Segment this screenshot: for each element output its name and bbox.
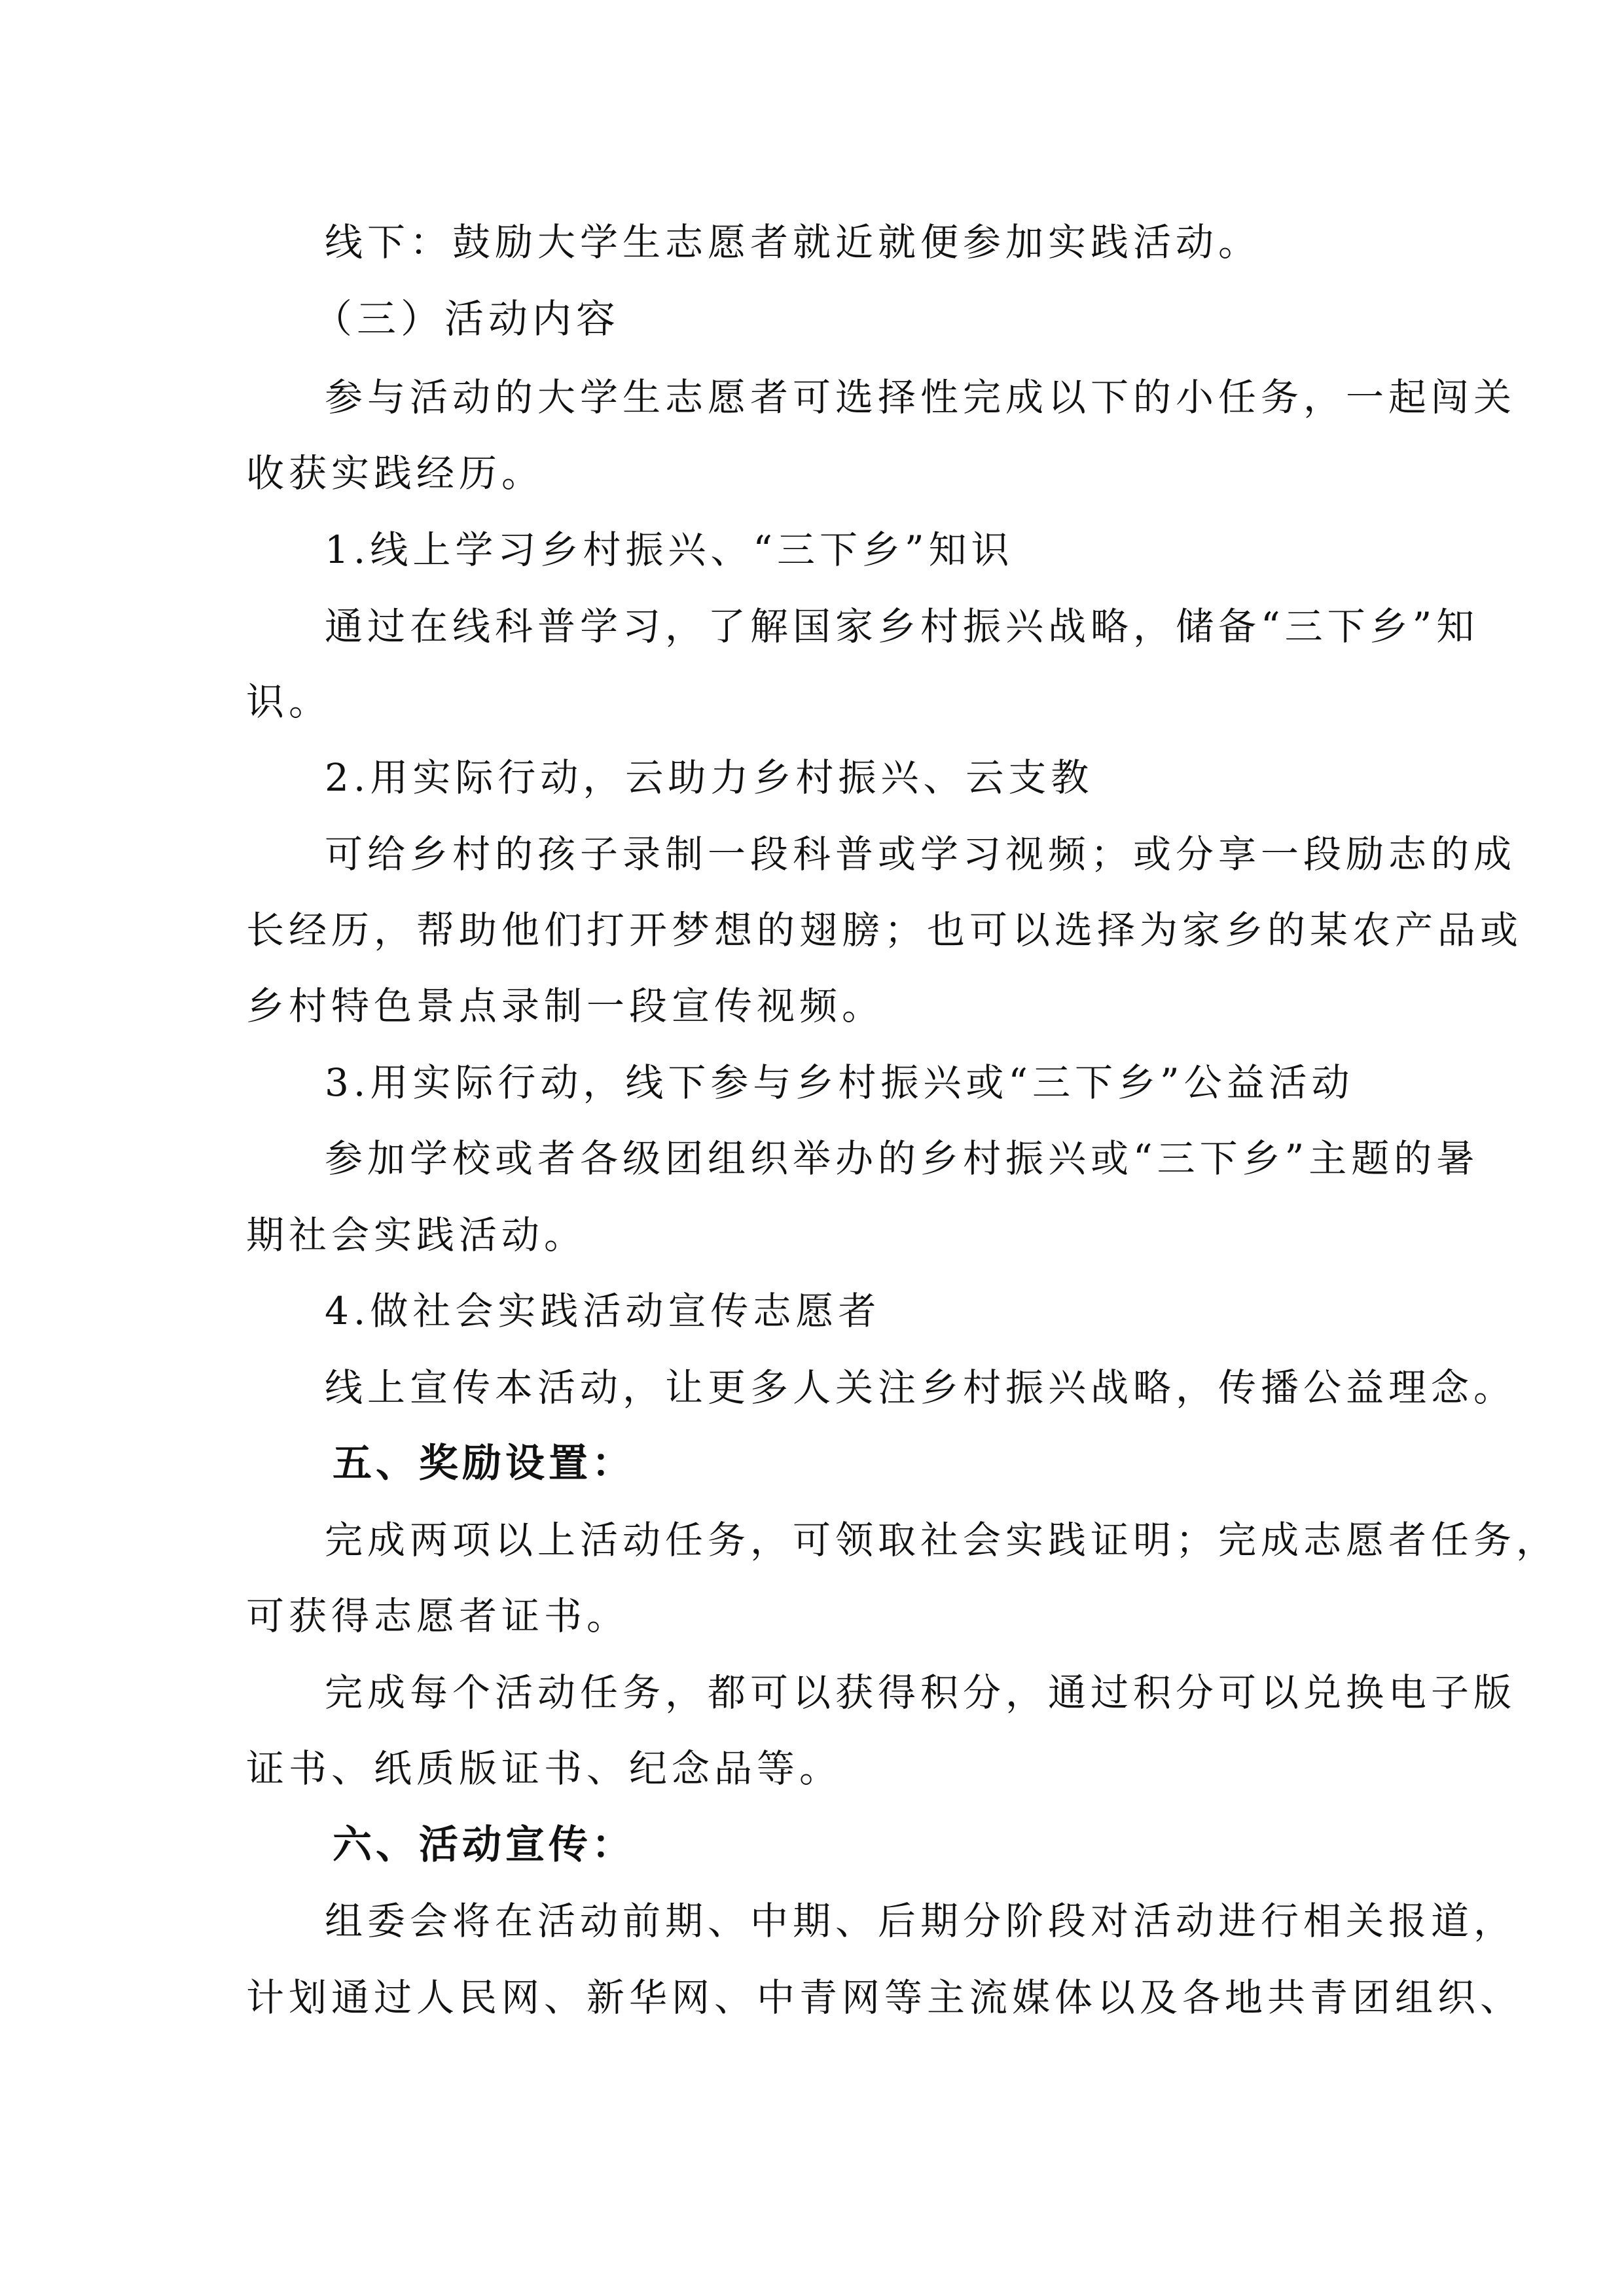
task-1-title: 1.线上学习乡村振兴、“三下乡”知识: [325, 524, 1014, 576]
section-heading-rewards: 五、奖励设置：: [333, 1437, 635, 1490]
task-2-body-cont-1: 长经历，帮助他们打开梦想的翅膀；也可以选择为家乡的某农产品或: [246, 904, 1523, 956]
paragraph-tasks-intro-cont: 收获实践经历。: [246, 447, 544, 499]
rewards-paragraph-2-cont: 证书、纸质版证书、纪念品等。: [246, 1742, 842, 1795]
rewards-paragraph-2: 完成每个活动任务，都可以获得积分，通过积分可以兑换电子版: [325, 1666, 1516, 1719]
task-3-body-cont: 期社会实践活动。: [246, 1209, 586, 1261]
document-page: 线下：鼓励大学生志愿者就近就便参加实践活动。 （三）活动内容 参与活动的大学生志…: [0, 0, 1624, 2296]
task-4-title: 4.做社会实践活动宣传志愿者: [325, 1285, 880, 1337]
section-heading-publicity: 六、活动宣传：: [333, 1819, 635, 1871]
publicity-paragraph-cont: 计划通过人民网、新华网、中青网等主流媒体以及各地共青团组织、: [246, 1971, 1523, 2024]
task-1-body-cont: 识。: [246, 675, 331, 728]
task-3-body: 参加学校或者各级团组织举办的乡村振兴或“三下乡”主题的暑: [325, 1132, 1479, 1185]
task-1-body: 通过在线科普学习，了解国家乡村振兴战略，储备“三下乡”知: [325, 600, 1479, 653]
task-2-body-cont-2: 乡村特色景点录制一段宣传视频。: [246, 980, 884, 1032]
task-4-body: 线上宣传本活动，让更多人关注乡村振兴战略，传播公益理念。: [325, 1361, 1516, 1414]
paragraph-offline-encourage: 线下：鼓励大学生志愿者就近就便参加实践活动。: [325, 216, 1261, 268]
paragraph-tasks-intro: 参与活动的大学生志愿者可选择性完成以下的小任务，一起闯关: [325, 371, 1516, 423]
sub-heading-activity-content: （三）活动内容: [313, 293, 620, 346]
rewards-paragraph-1-cont: 可获得志愿者证书。: [246, 1590, 629, 1642]
rewards-paragraph-1: 完成两项以上活动任务，可领取社会实践证明；完成志愿者任务，: [325, 1514, 1559, 1566]
publicity-paragraph: 组委会将在活动前期、中期、后期分阶段对活动进行相关报道，: [325, 1895, 1516, 1947]
task-2-body: 可给乡村的孩子录制一段科普或学习视频；或分享一段励志的成: [325, 828, 1516, 880]
task-3-title: 3.用实际行动，线下参与乡村振兴或“三下乡”公益活动: [325, 1056, 1354, 1109]
task-2-title: 2.用实际行动，云助力乡村振兴、云支教: [325, 751, 1093, 804]
